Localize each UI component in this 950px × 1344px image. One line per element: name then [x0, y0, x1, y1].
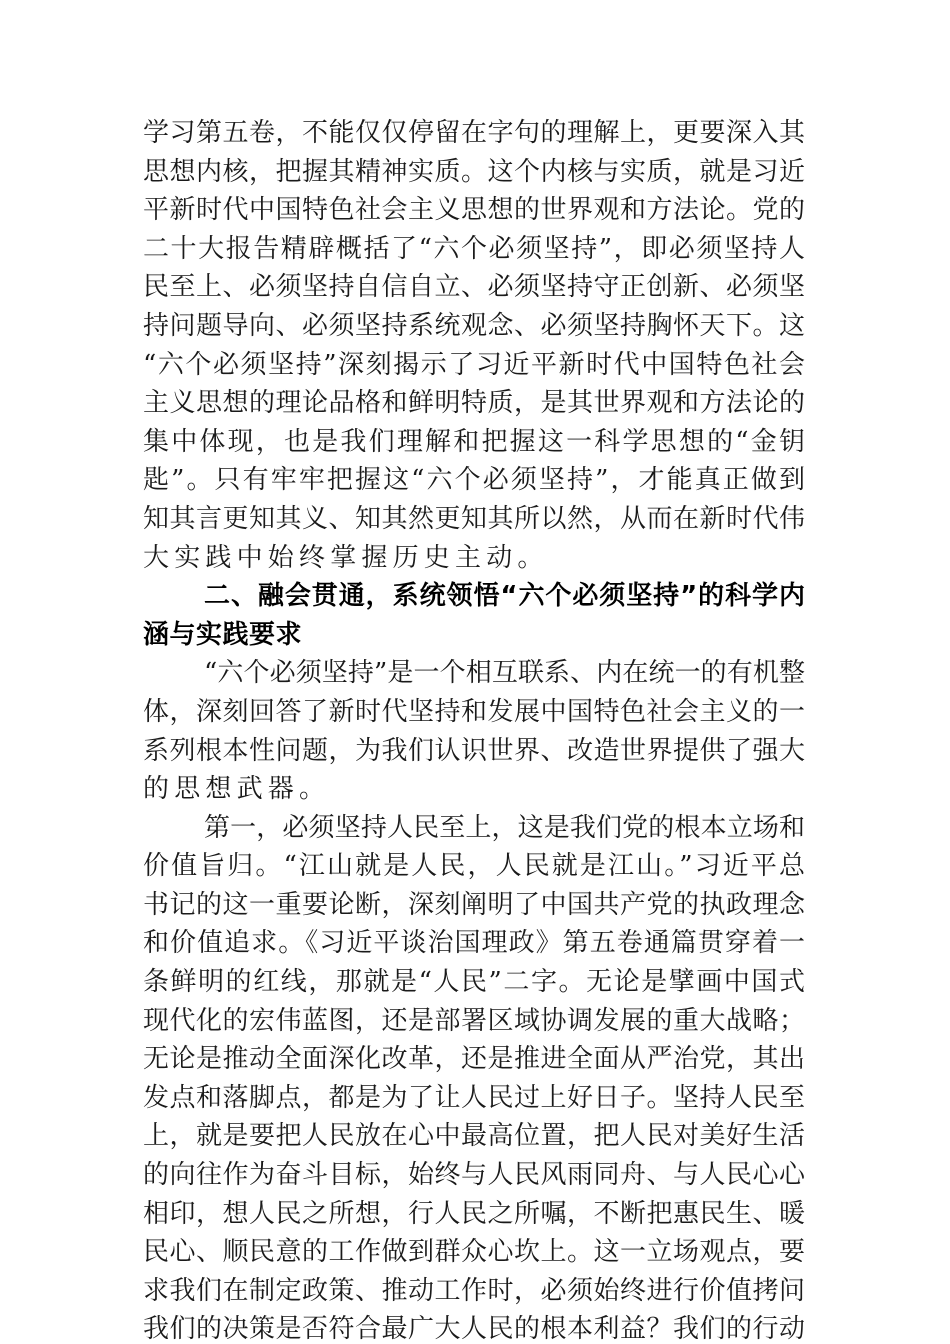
text-line: 价值旨归。“江山就是人民，人民就是江山。”习近平总 — [143, 847, 805, 886]
text-line: 上，就是要把人民放在心中最高位置，把人民对美好生活 — [143, 1117, 805, 1156]
paragraph-intro: 学习第五卷，不能仅仅停留在字句的理解上，更要深入其 思想内核，把握其精神实质。这… — [143, 114, 805, 577]
text-line: 持问题导向、必须坚持系统观念、必须坚持胸怀天下。这 — [143, 307, 805, 346]
text-line: 我们的决策是否符合最广大人民的根本利益？我们的行动 — [143, 1310, 805, 1344]
text-line: 二十大报告精辟概括了“六个必须坚持”，即必须坚持人 — [143, 230, 805, 269]
text-line: 相印，想人民之所想，行人民之所嘱，不断把惠民生、暖 — [143, 1195, 805, 1234]
text-line: 平新时代中国特色社会主义思想的世界观和方法论。党的 — [143, 191, 805, 230]
paragraph-people-first: 第一，必须坚持人民至上，这是我们党的根本立场和 价值旨归。“江山就是人民，人民就… — [143, 809, 805, 1344]
text-line: 条鲜明的红线，那就是“人民”二字。无论是擘画中国式 — [143, 963, 805, 1002]
section-heading: 二、融会贯通，系统领悟“六个必须坚持”的科学内 涵与实践要求 — [143, 577, 805, 654]
heading-line: 涵与实践要求 — [143, 616, 805, 655]
text-line: “六个必须坚持”深刻揭示了习近平新时代中国特色社会 — [143, 346, 805, 385]
text-line: 大实践中始终掌握历史主动。 — [143, 539, 805, 578]
text-line: 知其言更知其义、知其然更知其所以然，从而在新时代伟 — [143, 500, 805, 539]
paragraph-overview: “六个必须坚持”是一个相互联系、内在统一的有机整 体，深刻回答了新时代坚持和发展… — [143, 654, 805, 808]
text-line: 匙”。只有牢牢把握这“六个必须坚持”，才能真正做到 — [143, 461, 805, 500]
text-line: 系列根本性问题，为我们认识世界、改造世界提供了强大 — [143, 732, 805, 771]
text-line: 无论是推动全面深化改革，还是推进全面从严治党，其出 — [143, 1040, 805, 1079]
text-line: “六个必须坚持”是一个相互联系、内在统一的有机整 — [143, 654, 805, 693]
text-line: 现代化的宏伟蓝图，还是部署区域协调发展的重大战略； — [143, 1002, 805, 1041]
text-line: 的思想武器。 — [143, 770, 805, 809]
text-line: 民至上、必须坚持自信自立、必须坚持守正创新、必须坚 — [143, 268, 805, 307]
text-line: 体，深刻回答了新时代坚持和发展中国特色社会主义的一 — [143, 693, 805, 732]
document-page: 学习第五卷，不能仅仅停留在字句的理解上，更要深入其 思想内核，把握其精神实质。这… — [143, 114, 805, 1344]
text-line: 书记的这一重要论断，深刻阐明了中国共产党的执政理念 — [143, 886, 805, 925]
text-line: 民心、顺民意的工作做到群众心坎上。这一立场观点，要 — [143, 1233, 805, 1272]
heading-line: 二、融会贯通，系统领悟“六个必须坚持”的科学内 — [143, 577, 805, 616]
text-line: 和价值追求。《习近平谈治国理政》第五卷通篇贯穿着一 — [143, 924, 805, 963]
text-line: 集中体现，也是我们理解和把握这一科学思想的“金钥 — [143, 423, 805, 462]
text-line: 主义思想的理论品格和鲜明特质，是其世界观和方法论的 — [143, 384, 805, 423]
text-line: 的向往作为奋斗目标，始终与人民风雨同舟、与人民心心 — [143, 1156, 805, 1195]
text-line: 第一，必须坚持人民至上，这是我们党的根本立场和 — [143, 809, 805, 848]
text-line: 发点和落脚点，都是为了让人民过上好日子。坚持人民至 — [143, 1079, 805, 1118]
text-line: 学习第五卷，不能仅仅停留在字句的理解上，更要深入其 — [143, 114, 805, 153]
text-line: 思想内核，把握其精神实质。这个内核与实质，就是习近 — [143, 153, 805, 192]
text-line: 求我们在制定政策、推动工作时，必须始终进行价值拷问 — [143, 1272, 805, 1311]
